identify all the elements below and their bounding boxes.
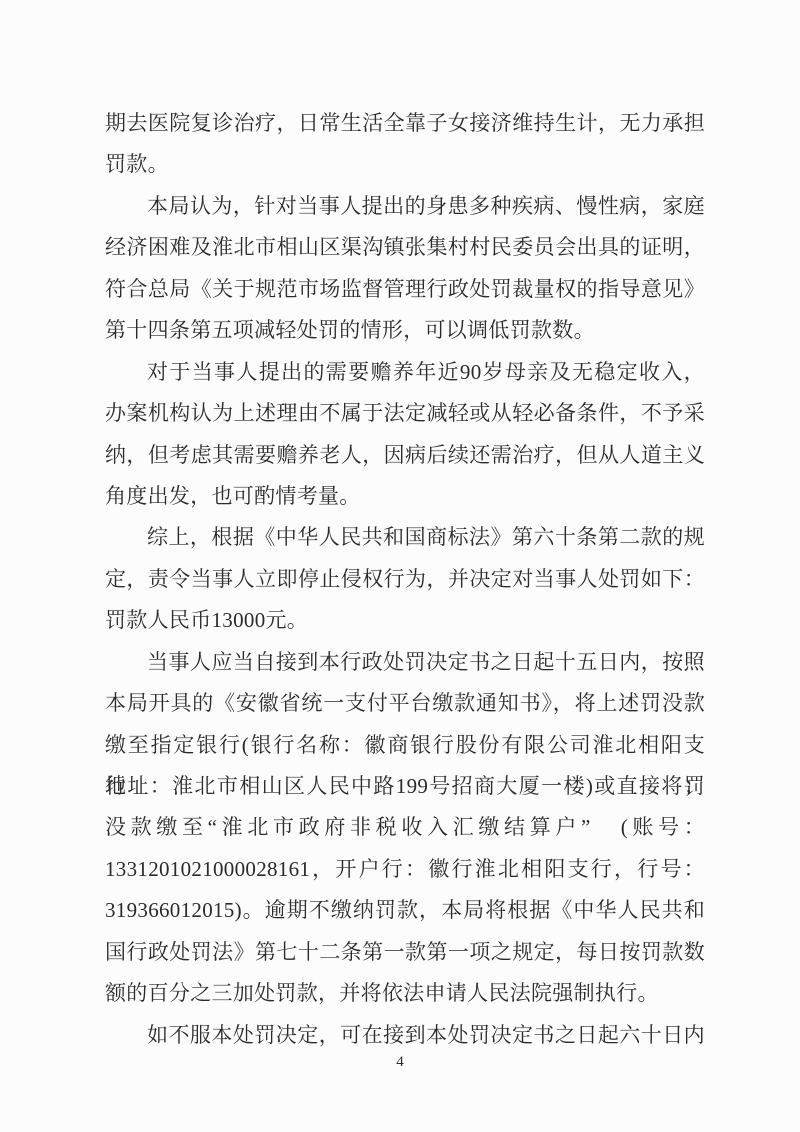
document-page: { "page": { "number": "4", "colors": { "… [0, 0, 800, 1132]
document-line: 第十四条第五项减轻处罚的情形，可以调低罚款数。 [105, 310, 705, 351]
document-line: 额的百分之三加处罚款，并将依法申请人民法院强制执行。 [105, 973, 705, 1014]
document-line: 纳，但考虑其需要赡养老人，因病后续还需治疗，但从人道主义 [105, 435, 705, 476]
document-line: 角度出发，也可酌情考量。 [105, 476, 705, 517]
document-line: 定，责令当事人立即停止侵权行为，并决定对当事人处罚如下： [105, 559, 705, 600]
document-line: 缴至指定银行(银行名称：徽商银行股份有限公司淮北相阳支行； [105, 725, 705, 766]
document-line: 罚款。 [105, 144, 705, 185]
document-line: 办案机构认为上述理由不属于法定减轻或从轻必备条件，不予采 [105, 393, 705, 434]
document-line: 319366012015)。逾期不缴纳罚款，本局将根据《中华人民共和 [105, 890, 705, 931]
document-line: 本局认为，针对当事人提出的身患多种疾病、慢性病，家庭 [105, 186, 705, 227]
document-line: 符合总局《关于规范市场监督管理行政处罚裁量权的指导意见》 [105, 269, 705, 310]
document-line: 本局开具的《安徽省统一支付平台缴款通知书》，将上述罚没款 [105, 683, 705, 724]
document-line: 综上，根据《中华人民共和国商标法》第六十条第二款的规 [105, 517, 705, 558]
document-line: 没款缴至“淮北市政府非税收入汇缴结算户” (账号： [105, 807, 705, 848]
document-line: 期去医院复诊治疗，日常生活全靠子女接济维持生计，无力承担 [105, 103, 705, 144]
document-line: 对于当事人提出的需要赡养年近90岁母亲及无稳定收入， [105, 352, 705, 393]
document-body: 期去医院复诊治疗，日常生活全靠子女接济维持生计，无力承担罚款。本局认为，针对当事… [105, 103, 705, 1056]
document-line: 当事人应当自接到本行政处罚决定书之日起十五日内，按照 [105, 642, 705, 683]
document-line: 1331201021000028161，开户行：徽行淮北相阳支行，行号： [105, 849, 705, 890]
document-line: 经济困难及淮北市相山区渠沟镇张集村村民委员会出具的证明， [105, 227, 705, 268]
page-number: 4 [0, 1050, 800, 1074]
document-line: 罚款人民币13000元。 [105, 600, 705, 641]
document-line: 地址：淮北市相山区人民中路199号招商大厦一楼)或直接将罚 [105, 766, 705, 807]
document-line: 国行政处罚法》第七十二条第一款第一项之规定，每日按罚款数 [105, 932, 705, 973]
